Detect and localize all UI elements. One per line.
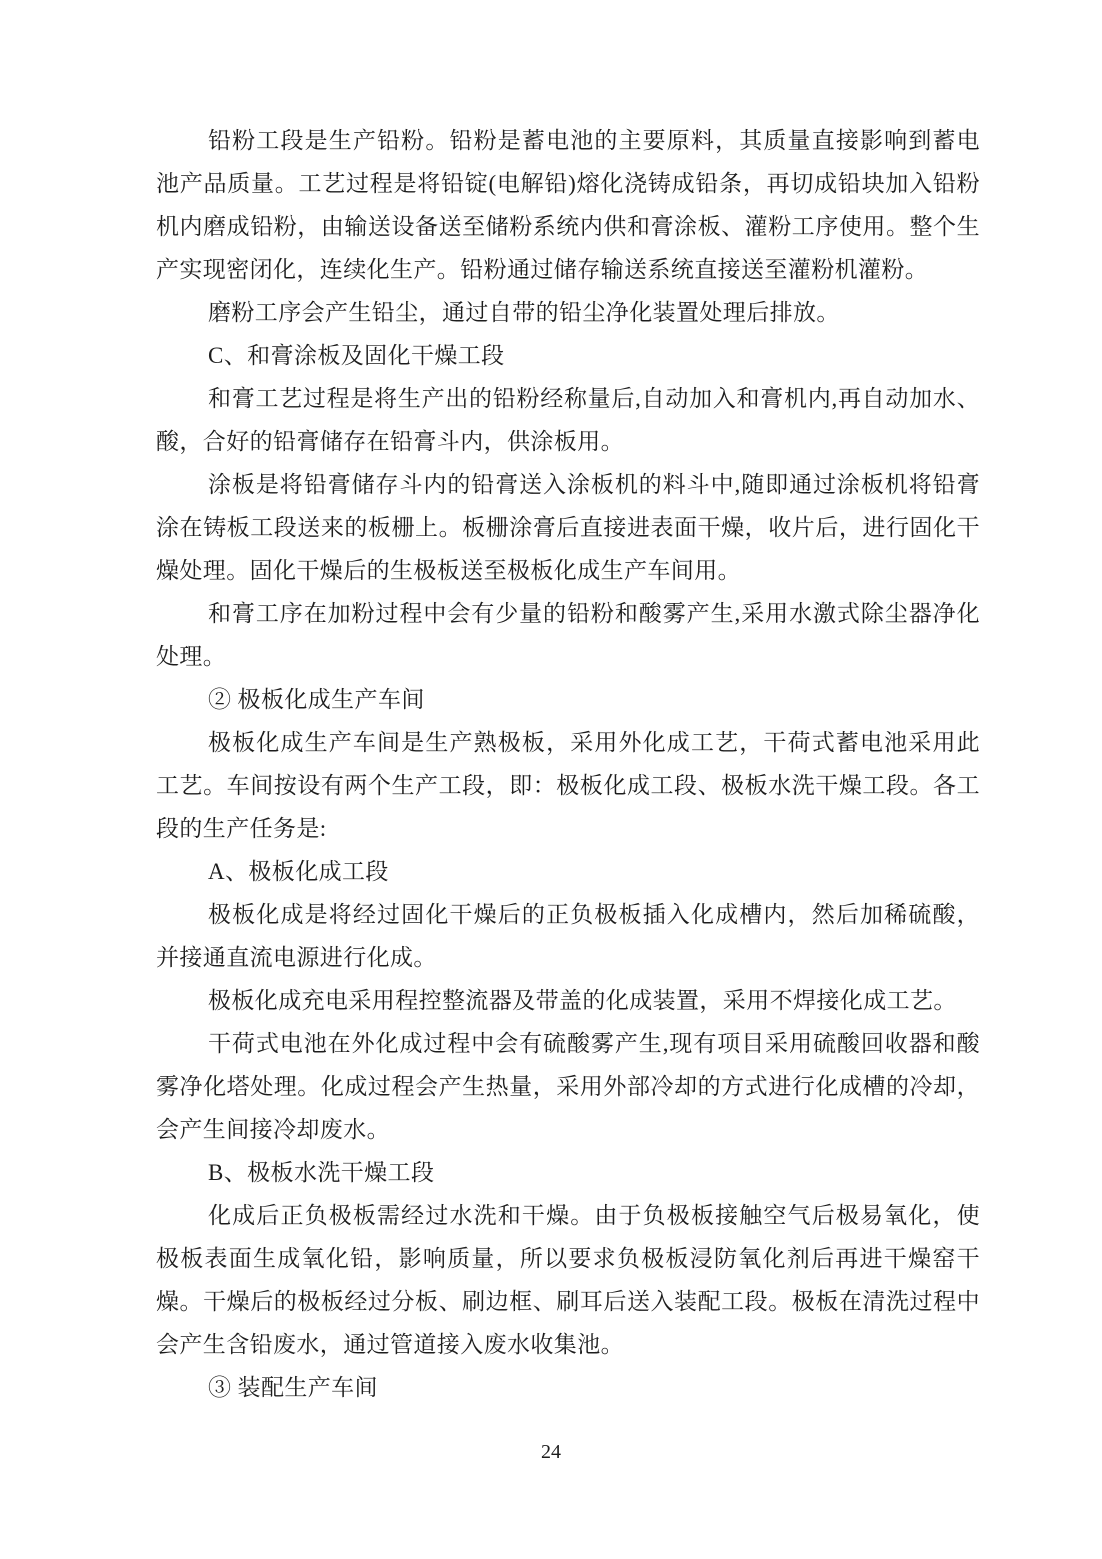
paragraph-formation-workshop: 极板化成生产车间是生产熟极板，采用外化成工艺，干荷式蓄电池采用此工艺。车间按设有… [156, 721, 980, 850]
paragraph-paste-mixing: 和膏工艺过程是将生产出的铅粉经称量后,自动加入和膏机内,再自动加水、酸，合好的铅… [156, 377, 980, 463]
paragraph-paste-dust-treatment: 和膏工序在加粉过程中会有少量的铅粉和酸雾产生,采用水激式除尘器净化处理。 [156, 592, 980, 678]
document-body: 铅粉工段是生产铅粉。铅粉是蓄电池的主要原料，其质量直接影响到蓄电池产品质量。工艺… [156, 119, 980, 1409]
page-number: 24 [0, 1438, 1102, 1466]
heading-section-c: C、和膏涂板及固化干燥工段 [156, 334, 980, 377]
paragraph-milling-dust: 磨粉工序会产生铅尘，通过自带的铅尘净化装置处理后排放。 [156, 291, 980, 334]
heading-workshop-3: ③ 装配生产车间 [156, 1366, 980, 1409]
paragraph-washing-drying: 化成后正负极板需经过水洗和干燥。由于负极板接触空气后极易氧化，使极板表面生成氧化… [156, 1194, 980, 1366]
heading-section-a: A、极板化成工段 [156, 850, 980, 893]
paragraph-plate-coating: 涂板是将铅膏储存斗内的铅膏送入涂板机的料斗中,随即通过涂板机将铅膏涂在铸板工段送… [156, 463, 980, 592]
heading-section-b: B、极板水洗干燥工段 [156, 1151, 980, 1194]
heading-workshop-2: ② 极板化成生产车间 [156, 678, 980, 721]
paragraph-acid-mist-treatment: 干荷式电池在外化成过程中会有硫酸雾产生,现有项目采用硫酸回收器和酸雾净化塔处理。… [156, 1022, 980, 1151]
paragraph-lead-powder-section: 铅粉工段是生产铅粉。铅粉是蓄电池的主要原料，其质量直接影响到蓄电池产品质量。工艺… [156, 119, 980, 291]
paragraph-formation-charging: 极板化成充电采用程控整流器及带盖的化成装置，采用不焊接化成工艺。 [156, 979, 980, 1022]
paragraph-plate-formation: 极板化成是将经过固化干燥后的正负极板插入化成槽内，然后加稀硫酸，并接通直流电源进… [156, 893, 980, 979]
document-page: 铅粉工段是生产铅粉。铅粉是蓄电池的主要原料，其质量直接影响到蓄电池产品质量。工艺… [0, 0, 1102, 1559]
